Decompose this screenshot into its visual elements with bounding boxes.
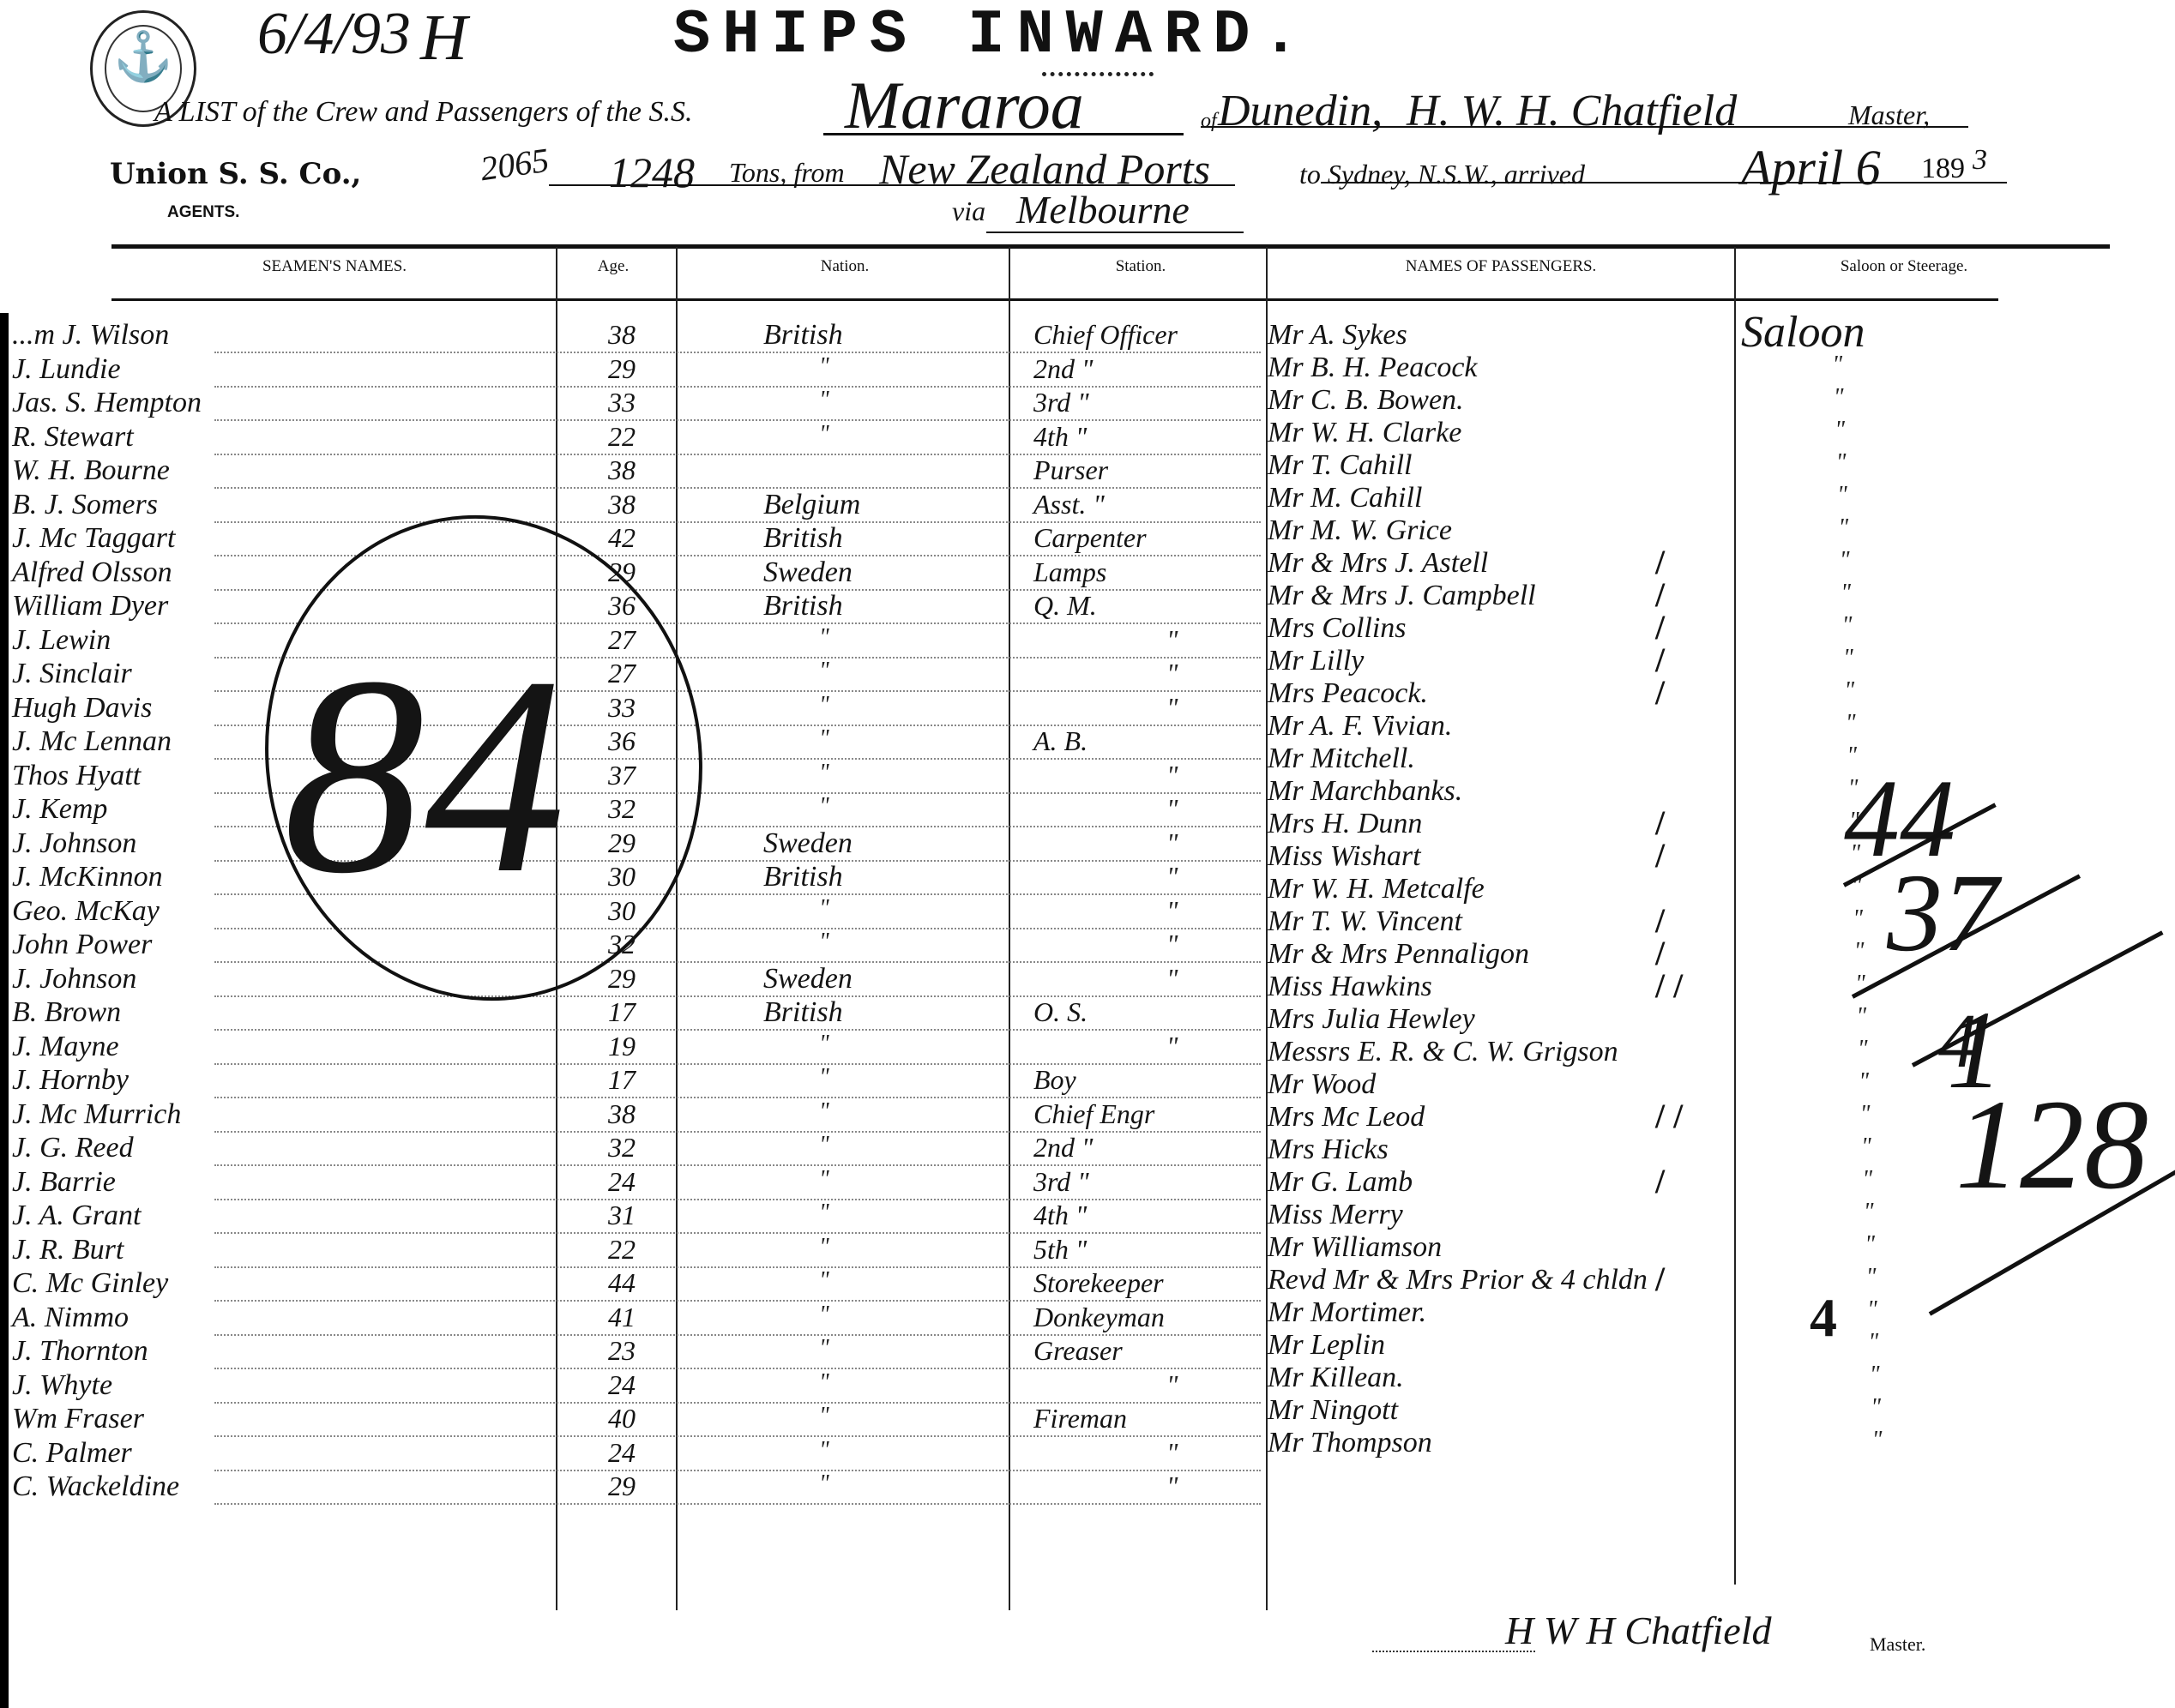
check-mark-icon: / /: [1655, 965, 1683, 1006]
seaman-age: 31: [592, 1200, 652, 1231]
seaman-name: John Power: [12, 929, 152, 961]
seaman-station: ": [1166, 895, 1178, 927]
crew-row-rule: [214, 1164, 1261, 1166]
seaman-station: Lamps: [1033, 556, 1106, 588]
seaman-age: 23: [592, 1335, 652, 1367]
seaman-name: J. Whyte: [12, 1369, 112, 1402]
passenger-name: Miss Merry: [1268, 1199, 1403, 1231]
seaman-name: Alfred Olsson: [12, 556, 172, 589]
passenger-class: ": [1865, 1231, 1875, 1259]
seaman-name: J. Mc Taggart: [12, 522, 175, 555]
check-mark-icon: / /: [1655, 1096, 1683, 1136]
seaman-nation: ": [819, 1031, 829, 1058]
seaman-nation: ": [819, 1098, 829, 1126]
header-saloon-or-steerage: Saloon or Steerage.: [1732, 257, 2076, 276]
seaman-nation: Sweden: [763, 556, 853, 589]
seaman-nation: ": [819, 1335, 829, 1362]
header-age: Age.: [557, 257, 669, 276]
seaman-age: 33: [592, 387, 652, 418]
crew-row-rule: [214, 1503, 1261, 1505]
seaman-nation: ": [819, 1403, 829, 1430]
seaman-station: Asst. ": [1033, 489, 1105, 520]
seaman-age: 17: [592, 1064, 652, 1096]
seaman-station: 4th ": [1033, 421, 1087, 453]
seaman-nation: ": [819, 658, 829, 685]
seaman-nation: ": [819, 793, 829, 821]
seaman-age: 22: [592, 1234, 652, 1266]
seaman-nation: ": [819, 1470, 829, 1498]
passenger-class: ": [1872, 1427, 1883, 1454]
passenger-name: Mr & Mrs Pennaligon: [1268, 938, 1529, 971]
seaman-name: C. Palmer: [12, 1437, 132, 1470]
seaman-station: 2nd ": [1033, 1132, 1093, 1164]
seaman-nation: British: [763, 522, 843, 555]
seaman-nation: ": [819, 1166, 829, 1194]
passenger-class: ": [1867, 1296, 1877, 1324]
check-mark-icon: /: [1655, 672, 1665, 713]
to-sydney-arrived-label: to Sydney, N.S.W., arrived: [1299, 159, 1585, 190]
passenger-class: ": [1846, 710, 1856, 737]
seaman-nation: ": [819, 895, 829, 923]
passenger-name: Mr Thompson: [1268, 1427, 1432, 1459]
seaman-station: ": [1166, 760, 1178, 791]
via-underline: [986, 232, 1244, 233]
seaman-name: J. G. Reed: [12, 1132, 134, 1164]
passenger-class: ": [1836, 449, 1847, 477]
port-of-registry: Dunedin,: [1218, 86, 1383, 136]
passenger-name: Mr Wood: [1268, 1068, 1376, 1101]
seaman-name: W. H. Bourne: [12, 454, 170, 487]
passenger-name: Miss Wishart: [1268, 840, 1421, 873]
passenger-name: Miss Hawkins: [1268, 971, 1432, 1003]
seaman-age: 44: [592, 1267, 652, 1299]
seaman-age: 24: [592, 1166, 652, 1198]
passenger-class: ": [1868, 1329, 1878, 1356]
seaman-nation: ": [819, 1369, 829, 1397]
passenger-name: Mr W. H. Metcalfe: [1268, 873, 1485, 905]
passenger-class: ": [1862, 1166, 1872, 1194]
seaman-nation: ": [819, 929, 829, 956]
passenger-name: Mr Marchbanks.: [1268, 775, 1462, 808]
passenger-class: ": [1866, 1264, 1877, 1291]
seaman-nation: ": [819, 387, 829, 414]
seaman-nation: ": [819, 353, 829, 381]
seaman-station: ": [1166, 827, 1178, 859]
seaman-station: Boy: [1033, 1064, 1076, 1096]
seaman-name: J. Johnson: [12, 963, 136, 995]
seaman-name: J. Kemp: [12, 793, 107, 826]
seaman-name: J. R. Burt: [12, 1234, 124, 1266]
crew-row-rule: [214, 352, 1261, 353]
passenger-name: Mr W. H. Clarke: [1268, 417, 1461, 449]
master-signature: H W H Chatfield: [1505, 1608, 1771, 1653]
list-caption: A LIST of the Crew and Passengers of the…: [154, 96, 692, 129]
column-rule-class-left: [1734, 247, 1736, 1585]
crew-row-rule: [214, 386, 1261, 388]
agent-name: Union S. S. Co.,: [110, 157, 361, 191]
passenger-name: Mrs Peacock.: [1268, 677, 1428, 710]
seaman-name: C. Wackeldine: [12, 1470, 179, 1503]
header-station: Station.: [1012, 257, 1269, 276]
tally-value-2: 37: [1887, 857, 1998, 969]
passenger-class: ": [1870, 1362, 1880, 1389]
passenger-name: Mr Ningott: [1268, 1394, 1398, 1427]
from-underline: [549, 184, 1235, 186]
passenger-class: ": [1856, 1003, 1866, 1031]
master-name: H. W. H. Chatfield: [1407, 86, 1737, 136]
passenger-class: ": [1853, 905, 1863, 933]
seaman-name: B. Brown: [12, 996, 121, 1029]
passenger-class: ": [1860, 1101, 1871, 1128]
passenger-class: ": [1840, 547, 1850, 574]
seaman-name: Wm Fraser: [12, 1403, 144, 1435]
passenger-name: Mr A. F. Vivian.: [1268, 710, 1452, 743]
seaman-nation: ": [819, 421, 829, 448]
seaman-age: 17: [592, 996, 652, 1028]
of-label: of: [1201, 110, 1217, 133]
passenger-class: ": [1871, 1394, 1881, 1422]
seaman-name: C. Mc Ginley: [12, 1267, 168, 1300]
crew-row-rule: [214, 995, 1261, 997]
seaman-name: ...m J. Wilson: [12, 319, 169, 352]
seaman-name: Hugh Davis: [12, 692, 152, 725]
seaman-name: J. Thornton: [12, 1335, 148, 1368]
seaman-station: Chief Officer: [1033, 319, 1178, 351]
seaman-name: J. Lundie: [12, 353, 121, 386]
seaman-nation: ": [819, 1200, 829, 1227]
table-top-rule: [111, 244, 2110, 249]
seaman-name: Thos Hyatt: [12, 760, 141, 792]
net-tonnage: 1248: [609, 147, 695, 197]
seaman-age: 38: [592, 1098, 652, 1130]
seaman-station: Chief Engr: [1033, 1098, 1154, 1130]
seaman-station: O. S.: [1033, 996, 1087, 1028]
seaman-age: 19: [592, 1031, 652, 1062]
seaman-age: 24: [592, 1437, 652, 1469]
seaman-nation: ": [819, 1064, 829, 1092]
seaman-name: J. Mayne: [12, 1031, 119, 1063]
seaman-nation: Belgium: [763, 489, 860, 521]
seaman-name: B. J. Somers: [12, 489, 158, 521]
passenger-name: Mr & Mrs J. Campbell: [1268, 580, 1536, 612]
passenger-name: Mr T. Cahill: [1268, 449, 1412, 482]
seaman-nation: Sweden: [763, 827, 853, 860]
seaman-nation: Sweden: [763, 963, 853, 995]
tally-note: 4: [1810, 1286, 1837, 1350]
date-note: 6/4/93: [257, 0, 411, 69]
seaman-station: Fireman: [1033, 1403, 1127, 1434]
circled-number: 84: [283, 634, 566, 917]
seaman-nation: ": [819, 760, 829, 787]
seaman-nation: ": [819, 1437, 829, 1464]
seaman-station: ": [1166, 1470, 1178, 1502]
gross-tonnage: 2065: [478, 140, 551, 189]
passenger-name: Mr M. Cahill: [1268, 482, 1422, 514]
passenger-name: Mr & Mrs J. Astell: [1268, 547, 1488, 580]
passenger-class: ": [1854, 938, 1865, 965]
seaman-station: Storekeeper: [1033, 1267, 1164, 1299]
seaman-nation: British: [763, 319, 843, 352]
header-nation: Nation.: [678, 257, 1012, 276]
passenger-class: ": [1844, 677, 1854, 705]
passenger-name: Mrs Julia Hewley: [1268, 1003, 1475, 1036]
seaman-nation: British: [763, 590, 843, 622]
seaman-station: Donkeyman: [1033, 1302, 1165, 1333]
seaman-name: J. Barrie: [12, 1166, 116, 1199]
passenger-class: ": [1843, 645, 1853, 672]
passenger-class: Saloon: [1741, 307, 1865, 358]
seaman-nation: ": [819, 692, 829, 719]
seaman-name: J. Hornby: [12, 1064, 129, 1097]
seaman-nation: British: [763, 996, 843, 1029]
seaman-station: ": [1166, 1369, 1178, 1401]
seaman-age: 32: [592, 1132, 652, 1164]
passenger-class: ": [1842, 612, 1853, 640]
crew-row-rule: [214, 1199, 1261, 1200]
via-label: via: [952, 195, 985, 227]
signature-line: [1372, 1651, 1535, 1652]
seaman-age: 42: [592, 522, 652, 554]
tally-total: 128: [1955, 1089, 2148, 1200]
seaman-station: 5th ": [1033, 1234, 1087, 1266]
header-seamen-names: SEAMEN'S NAMES.: [129, 257, 540, 276]
check-mark-icon: /: [1655, 1161, 1665, 1201]
passenger-name: Mr B. H. Peacock: [1268, 352, 1478, 384]
seaman-age: 38: [592, 319, 652, 351]
crew-row-rule: [214, 1435, 1261, 1437]
seaman-nation: ": [819, 1234, 829, 1261]
passenger-name: Mr Lilly: [1268, 645, 1364, 677]
initials-note: H: [420, 3, 467, 72]
seaman-name: Geo. McKay: [12, 895, 160, 928]
crew-row-rule: [214, 1368, 1261, 1369]
seaman-age: 38: [592, 489, 652, 520]
passenger-class: ": [1861, 1134, 1871, 1161]
passenger-name: Messrs E. R. & C. W. Grigson: [1268, 1036, 1618, 1068]
year-suffix: 3: [1973, 144, 1987, 177]
passenger-name: Mrs Collins: [1268, 612, 1407, 645]
seaman-name: A. Nimmo: [12, 1302, 129, 1334]
seaman-station: Carpenter: [1033, 522, 1147, 554]
crew-row-rule: [214, 1063, 1261, 1065]
check-mark-icon: /: [1655, 1259, 1665, 1299]
seaman-name: J. Mc Lennan: [12, 725, 172, 758]
seaman-age: 29: [592, 1470, 652, 1502]
passenger-class: ": [1864, 1199, 1874, 1226]
seaman-station: 2nd ": [1033, 353, 1093, 385]
seaman-station: ": [1166, 861, 1178, 893]
seaman-name: J. McKinnon: [12, 861, 163, 893]
seaman-station: ": [1166, 658, 1178, 689]
seaman-name: J. A. Grant: [12, 1200, 141, 1232]
passenger-name: Mr G. Lamb: [1268, 1166, 1413, 1199]
master-underline: [1201, 126, 1968, 128]
seaman-nation: ": [819, 1302, 829, 1329]
anchor-icon: ⚓: [93, 32, 194, 83]
seaman-age: 38: [592, 454, 652, 486]
seaman-station: A. B.: [1033, 725, 1087, 757]
crew-row-rule: [214, 1131, 1261, 1133]
passenger-class: ": [1838, 514, 1848, 542]
seaman-station: ": [1166, 1437, 1178, 1469]
year-prefix: 189: [1921, 153, 1965, 185]
seaman-station: Greaser: [1033, 1335, 1123, 1367]
crew-row-rule: [214, 419, 1261, 421]
seaman-station: Purser: [1033, 454, 1108, 486]
passenger-class: ": [1841, 580, 1851, 607]
passenger-name: Mr T. W. Vincent: [1268, 905, 1462, 938]
passenger-name: Mrs H. Dunn: [1268, 808, 1422, 840]
passenger-name: Mr Williamson: [1268, 1231, 1442, 1264]
page-title: SHIPS INWARD.: [673, 2, 1311, 69]
seaman-name: Jas. S. Hempton: [12, 387, 202, 419]
seaman-station: 3rd ": [1033, 1166, 1089, 1198]
passenger-name: Revd Mr & Mrs Prior & 4 chldn: [1268, 1264, 1648, 1296]
seaman-station: 4th ": [1033, 1200, 1087, 1231]
seaman-age: 22: [592, 421, 652, 453]
crew-row-rule: [214, 1029, 1261, 1031]
seaman-station: 3rd ": [1033, 387, 1089, 418]
passenger-name: Mr Killean.: [1268, 1362, 1404, 1394]
seaman-name: J. Sinclair: [12, 658, 132, 690]
seaman-name: J. Johnson: [12, 827, 136, 860]
seaman-nation: British: [763, 861, 843, 893]
seaman-station: ": [1166, 963, 1178, 995]
seaman-age: 29: [592, 353, 652, 385]
passenger-name: Mr M. W. Grice: [1268, 514, 1452, 547]
passenger-name: Mr A. Sykes: [1268, 319, 1407, 352]
seaman-name: R. Stewart: [12, 421, 134, 454]
signature-master-label: Master.: [1870, 1633, 1925, 1656]
check-mark-icon: /: [1655, 835, 1665, 875]
passenger-name: Mr C. B. Bowen.: [1268, 384, 1464, 417]
seaman-age: 41: [592, 1302, 652, 1333]
via-port: Melbourne: [1016, 187, 1190, 232]
passenger-class: ": [1832, 352, 1842, 379]
passenger-class: ": [1859, 1068, 1869, 1096]
ship-name-underline: [823, 133, 1184, 135]
passenger-name: Mrs Mc Leod: [1268, 1101, 1425, 1134]
seaman-station: ": [1166, 793, 1178, 825]
seaman-name: William Dyer: [12, 590, 168, 622]
passenger-class: ": [1837, 482, 1847, 509]
seaman-name: J. Mc Murrich: [12, 1098, 181, 1131]
crew-row-rule: [214, 1470, 1261, 1471]
arrival-underline: [1321, 182, 2007, 183]
seaman-nation: ": [819, 624, 829, 652]
passenger-class: ": [1834, 384, 1844, 412]
seaman-station: ": [1166, 692, 1178, 724]
seaman-nation: ": [819, 1267, 829, 1295]
seaman-age: 40: [592, 1403, 652, 1434]
seaman-nation: ": [819, 725, 829, 753]
seaman-name: J. Lewin: [12, 624, 111, 657]
passenger-name: Mr Mitchell.: [1268, 743, 1415, 775]
passenger-class: ": [1835, 417, 1845, 444]
arrival-date: April 6: [1741, 139, 1881, 196]
seaman-station: ": [1166, 1031, 1178, 1062]
seaman-station: Q. M.: [1033, 590, 1097, 622]
passenger-name: Mrs Hicks: [1268, 1134, 1389, 1166]
seaman-station: ": [1166, 624, 1178, 656]
agents-label: AGENTS.: [167, 203, 239, 222]
passenger-class: ": [1858, 1036, 1868, 1063]
header-passenger-names: NAMES OF PASSENGERS.: [1269, 257, 1732, 276]
seaman-nation: ": [819, 1132, 829, 1159]
passenger-name: Mr Leplin: [1268, 1329, 1385, 1362]
header-bottom-rule: [111, 298, 1998, 301]
scan-edge-bar: [0, 313, 9, 1708]
seaman-station: ": [1166, 929, 1178, 960]
seaman-age: 24: [592, 1369, 652, 1401]
passenger-name: Mr Mortimer.: [1268, 1296, 1426, 1329]
crew-row-rule: [214, 1232, 1261, 1234]
